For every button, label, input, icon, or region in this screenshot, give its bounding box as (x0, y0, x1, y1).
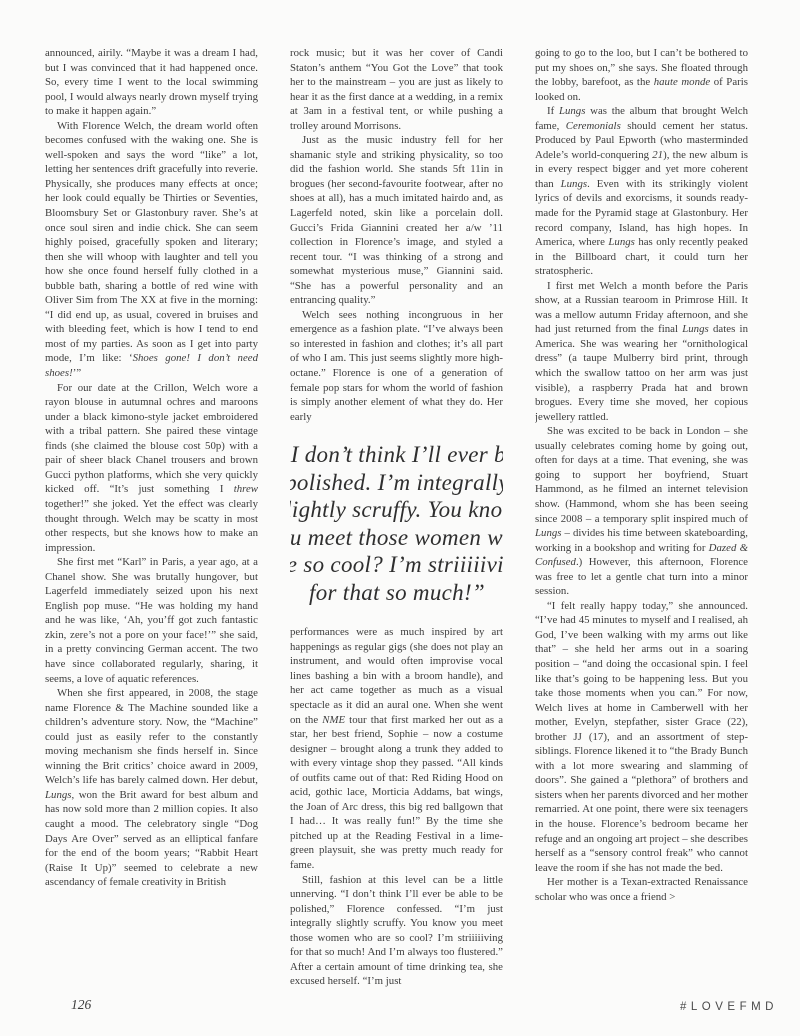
column-1: announced, airily. “Maybe it was a dream… (45, 46, 258, 1002)
pull-quote: “I don’t think I’ll ever be polished. I’… (290, 441, 503, 606)
paragraph: “I felt really happy today,” she announc… (535, 599, 748, 875)
column-3: going to go to the loo, but I can’t be b… (535, 46, 748, 1002)
paragraph: going to go to the loo, but I can’t be b… (535, 46, 748, 104)
pull-quote-line: polished. I’m integrally (290, 469, 503, 497)
pull-quote-line: slightly scruffy. You know (290, 496, 503, 524)
paragraph: Her mother is a Texan-extracted Renaissa… (535, 875, 748, 904)
pull-quote-line: are so cool? I’m striiiiiving (290, 551, 503, 579)
paragraph: performances were as much inspired by ar… (290, 625, 503, 872)
paragraph: I first met Welch a month before the Par… (535, 279, 748, 424)
paragraph: rock music; but it was her cover of Cand… (290, 46, 503, 133)
article-columns: announced, airily. “Maybe it was a dream… (45, 46, 748, 1002)
paragraph: She first met “Karl” in Paris, a year ag… (45, 555, 258, 686)
watermark: #LOVEFMD (680, 1001, 778, 1013)
paragraph: When she first appeared, in 2008, the st… (45, 686, 258, 890)
paragraph: announced, airily. “Maybe it was a dream… (45, 46, 258, 119)
pull-quote-line: for that so much!” (290, 579, 503, 607)
pull-quote-line: you meet those women who (290, 524, 503, 552)
paragraph: She was excited to be back in London – s… (535, 424, 748, 599)
column-2: rock music; but it was her cover of Cand… (290, 46, 503, 1002)
paragraph: If Lungs was the album that brought Welc… (535, 104, 748, 279)
paragraph: For our date at the Crillon, Welch wore … (45, 381, 258, 556)
paragraph: With Florence Welch, the dream world oft… (45, 119, 258, 381)
pull-quote-line: “I don’t think I’ll ever be (290, 441, 503, 469)
paragraph: Still, fashion at this level can be a li… (290, 873, 503, 989)
paragraph: Welch sees nothing incongruous in her em… (290, 308, 503, 424)
paragraph: Just as the music industry fell for her … (290, 133, 503, 308)
magazine-page: announced, airily. “Maybe it was a dream… (0, 0, 800, 1036)
page-number: 126 (71, 997, 91, 1013)
